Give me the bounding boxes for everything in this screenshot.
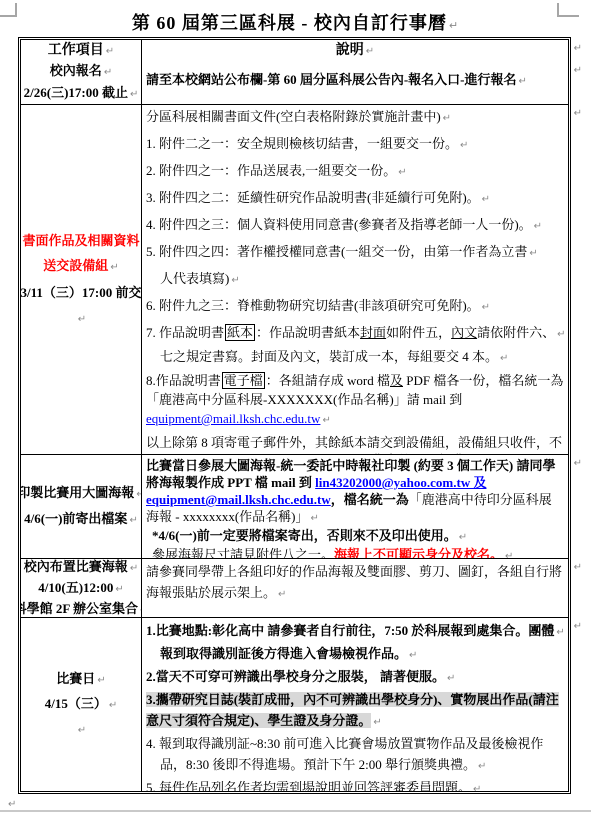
text-run: 校內布置比賽海報 — [24, 559, 128, 574]
pilcrow-mark: ↵ — [460, 140, 468, 151]
text-run: 參展海報尺寸請見附件八之一。 — [152, 547, 334, 558]
text-line: 比賽日↵ — [56, 667, 105, 692]
text-run: 2/26(三)17:00 截止 — [24, 85, 128, 100]
boxed-label: 紙本 — [225, 324, 255, 341]
pilcrow-mark: ↵ — [473, 784, 481, 791]
pilcrow-mark: ↵ — [534, 221, 542, 232]
text-run: 品，8:30 後即不得進場。預計下午 2:00 舉行頒獎典禮。 — [160, 757, 476, 772]
pilcrow-mark: ↵ — [97, 675, 105, 686]
text-line: 書面作品及相關資料 — [22, 228, 139, 253]
pilcrow-mark: ↵ — [109, 700, 117, 711]
text-line: 3. 附件四之二：延續性研究作品說明書(非延續行可免附)。↵ — [146, 188, 566, 209]
text-run: 5. 每件作品列名作者均需到場說明並回答評審委員問題。 — [146, 780, 471, 791]
schedule-table: 工作項目↵ 說明↵ ↵ 校內報名↵2/26(三)17:00 截止↵請至本校網站公… — [18, 37, 571, 794]
text-line: equipment@mail.lksh.chc.edu.tw↵ — [146, 409, 566, 430]
word-document-page: { "title": "第 60 屆第三區科展 - 校內自訂行事曆", "mar… — [0, 0, 591, 817]
text-line: 7. 作品說明書紙本：作品說明書紙本封面如附件五，內文請依附件六、↵ — [146, 323, 566, 344]
text-line: 科學館 2F 辦公室集合↵ — [21, 599, 142, 618]
pilcrow-mark: ↵ — [130, 89, 138, 100]
work-item-cell: 校內報名↵2/26(三)17:00 截止↵ — [21, 62, 142, 104]
text-run: 印製比賽用大圖海報 — [21, 485, 134, 500]
text-line: 5. 附件四之四：著作權授權同意書(一組交一份，由第一作者為立書↵ — [146, 242, 566, 263]
page-title: 第 60 屆第三區科展 - 校內自訂行事曆↵ — [0, 9, 591, 35]
text-run: 請依附件六、 — [477, 325, 555, 340]
text-run: 校內報名 — [50, 63, 102, 78]
text-line: 1.比賽地點:彰化高中 請參賽者自行前往，7:50 於科展報到處集合。團體↵ — [146, 620, 566, 643]
table-row-competition-day: 比賽日↵4/15（三）↵↵1.比賽地點:彰化高中 請參賽者自行前往，7:50 於… — [21, 617, 568, 791]
text-run: 5. 附件四之四：著作權授權同意書(一組交一份，由第一作者為立書 — [146, 244, 527, 259]
text-line: ↵ — [76, 717, 86, 742]
text-run: 書面作品及相關資料 — [22, 233, 139, 248]
text-line: 人代表填寫)↵ — [146, 269, 566, 290]
text-run: 「鹿港高中待印分區科展 — [409, 492, 552, 507]
text-run: 4. 報到取得識別証~8:30 前可進入比賽會場放置實物作品及最後檢視作 — [146, 736, 543, 751]
pilcrow-mark: ↵ — [115, 584, 123, 595]
text-line: 4. 附件四之三：個人資料使用同意書(參賽者及指導老師一人一份)。↵ — [146, 215, 566, 236]
pilcrow-mark: ↵ — [78, 725, 86, 736]
email-link[interactable]: lin43202000@yahoo.com.tw 及 — [315, 475, 486, 490]
text-run: 七之規定書寫。封面及內文，裝訂成一本，每組要交 4 本。 — [160, 349, 498, 364]
text-run: ，檔名統一為 — [331, 492, 409, 507]
pilcrow-mark: ↵ — [482, 302, 490, 313]
text-line: 請參賽同學帶上各組印好的作品海報及雙面膠、剪刀、圖釘，各組自行將 — [146, 561, 566, 582]
text-line: 1. 附件二之一：安全規則檢核切結書，一組要交一份。↵ — [146, 134, 566, 155]
text-line: 4/15（三）↵ — [45, 692, 118, 717]
pilcrow-mark: ↵ — [409, 650, 417, 661]
text-line: 分區科展相關書面文件(空白表格附錄於實施計畫中)↵ — [146, 107, 566, 128]
pilcrow-mark: ↵ — [478, 761, 486, 772]
text-line: 2. 附件四之一：作品送展表,一組要交一份。↵ — [146, 161, 566, 182]
pilcrow-mark: ↵ — [78, 314, 86, 325]
text-line: 報到取得識別証後方得進入會場檢視作品。↵ — [146, 643, 566, 666]
text-line: 校內布置比賽海報↵ — [24, 559, 138, 578]
email-link[interactable]: equipment@mail.lksh.chc.edu.tw — [146, 492, 331, 507]
pilcrow-mark: ↵ — [519, 76, 527, 87]
text-line: 校內報名↵ — [50, 62, 112, 83]
pilcrow-mark: ↵ — [311, 513, 319, 524]
work-item-cell: 比賽日↵4/15（三）↵↵ — [21, 618, 142, 791]
table-row-poster-printing: 印製比賽用大圖海報↵4/6(一)前寄出檔案↵比賽當日參展大圖海報-統一委託中時報… — [21, 454, 568, 558]
description-cell: 請參賽同學帶上各組印好的作品海報及雙面膠、剪刀、圖釘，各組自行將海報張貼於展示架… — [142, 559, 568, 617]
text-run: 報到取得識別証後方得進入會場檢視作品。 — [160, 646, 407, 661]
pilcrow-mark: ↵ — [366, 46, 374, 57]
text-line: equipment@mail.lksh.chc.edu.tw，檔名統一為「鹿港高… — [146, 491, 566, 508]
text-run: 8.作品說明書 — [146, 373, 221, 388]
text-run: 送交設備組 — [43, 258, 108, 273]
text-run: 及 — [390, 373, 403, 388]
text-run: 2. 附件四之一：作品送展表,一組要交一份。 — [146, 163, 396, 178]
text-line: 4/6(一)前寄出檔案↵ — [24, 507, 138, 533]
text-run: 請至本校網站公布欄-第 60 屆分區科展公告內-報名入口-進行報名 — [146, 72, 517, 87]
pilcrow-mark: ↵ — [322, 415, 330, 426]
description-cell: 比賽當日參展大圖海報-統一委託中時報社印製 (約要 3 個工作天) 請同學將海報… — [142, 455, 568, 558]
row-end-mark: ↵ — [574, 108, 582, 119]
text-run: 請參賽同學帶上各組印好的作品海報及雙面膠、剪刀、圖釘，各組自行將 — [146, 564, 562, 579]
description-cell: 請至本校網站公布欄-第 60 屆分區科展公告內-報名入口-進行報名↵ — [142, 62, 568, 104]
text-run: PDF 檔各一份，檔名統一為 — [403, 373, 563, 388]
text-run: 海報上不可顯示身分及校名。 — [334, 547, 503, 558]
pilcrow-mark: ↵ — [500, 353, 508, 364]
text-run: 科學館 2F 辦公室集合 — [21, 601, 138, 616]
text-line: 海報張貼於展示架上。↵ — [146, 582, 566, 605]
text-line: 「鹿港高中分區科展-XXXXXXX(作品名稱)」請 mail 到 — [146, 390, 566, 409]
pilcrow-mark: ↵ — [482, 194, 490, 205]
text-line: 將海報製作成 PPT 檔 mail 到 lin43202000@yahoo.co… — [146, 474, 566, 491]
pilcrow-mark: ↵ — [557, 329, 565, 340]
pilcrow-mark: ↵ — [529, 248, 537, 259]
text-run: 內文 — [451, 325, 477, 340]
pilcrow-mark: ↵ — [278, 589, 286, 600]
pilcrow-mark: ↵ — [449, 19, 459, 32]
text-line: 4/10(五)12:00↵ — [38, 578, 124, 599]
text-run: 以上除第 8 項寄電子郵件外，其餘紙本請交到設備組，設備組只收件，不 — [146, 435, 562, 450]
text-line: 5. 每件作品列名作者均需到場說明並回答評審委員問題。↵ — [146, 777, 566, 791]
row-end-mark: ↵ — [574, 562, 582, 573]
text-run: 7. 作品說明書 — [146, 325, 224, 340]
text-line: ↵ — [76, 305, 86, 332]
header-work-item-cell: 工作項目↵ — [21, 40, 142, 62]
text-run: 3/11（三）17:00 前交 — [21, 285, 142, 300]
text-line: 意尺寸須符合規定)、學生證及身分證。↵ — [146, 710, 566, 733]
pilcrow-mark: ↵ — [130, 563, 138, 574]
text-run: ：各組請存成 word 檔 — [266, 373, 390, 388]
header-description-cell: 說明↵ — [142, 40, 568, 62]
text-run: 將海報製作成 PPT 檔 mail 到 — [146, 475, 315, 490]
row-end-mark: ↵ — [574, 621, 582, 632]
email-link[interactable]: equipment@mail.lksh.chc.edu.tw — [146, 411, 320, 426]
pilcrow-mark: ↵ — [110, 262, 118, 273]
header-description-label: 說明 — [336, 43, 364, 58]
pilcrow-mark: ↵ — [104, 67, 112, 78]
text-line: 3.攜帶研究日誌(裝訂成冊，內不可辨識出學校身分)、實物展出作品(請注 — [146, 689, 566, 710]
boxed-label: 電子檔 — [222, 372, 265, 389]
table-header-row: 工作項目↵ 說明↵ ↵ — [21, 40, 568, 62]
table-row-documents-submission: 書面作品及相關資料送交設備組↵3/11（三）17:00 前交↵分區科展相關書面文… — [21, 104, 568, 454]
text-run: 比賽日 — [56, 671, 95, 686]
header-work-item-label: 工作項目 — [48, 43, 104, 58]
table-body: 校內報名↵2/26(三)17:00 截止↵請至本校網站公布欄-第 60 屆分區科… — [21, 62, 568, 791]
document-end-mark: ↵ — [8, 799, 16, 810]
text-run: 海報張貼於展示架上。 — [146, 585, 276, 600]
text-line: *4/6(一)前一定要將檔案寄出，否則來不及印出使用。↵ — [146, 527, 566, 546]
text-run: 意尺寸須符合規定)、學生證及身分證。 — [146, 713, 371, 728]
text-line: 送交設備組↵ — [43, 253, 118, 280]
text-run: 4/10(五)12:00 — [38, 580, 113, 595]
text-line: 2/26(三)17:00 截止↵ — [24, 83, 139, 104]
pilcrow-mark: ↵ — [443, 113, 451, 124]
title-text: 第 60 屆第三區科展 - 校內自訂行事曆 — [132, 13, 447, 33]
text-line: 比賽當日參展大圖海報-統一委託中時報社印製 (約要 3 個工作天) 請同學 — [146, 457, 566, 474]
text-line: 海報 - xxxxxxxx(作品名稱)」↵ — [146, 508, 566, 527]
pilcrow-mark: ↵ — [231, 275, 239, 286]
text-run: 1. 附件二之一：安全規則檢核切結書，一組要交一份。 — [146, 136, 458, 151]
text-run: 「鹿港高中分區科展-XXXXXXX(作品名稱)」請 mail 到 — [146, 392, 462, 407]
text-run: ：作品說明書紙本 — [256, 325, 360, 340]
pilcrow-mark: ↵ — [106, 46, 114, 57]
pilcrow-mark: ↵ — [556, 627, 564, 638]
text-line: 參展海報尺寸請見附件八之一。海報上不可顯示身分及校名。↵ — [146, 546, 566, 558]
text-run: 如附件五， — [386, 325, 451, 340]
text-run: 比賽當日參展大圖海報-統一委託中時報社印製 (約要 3 個工作天) 請同學 — [146, 458, 556, 473]
text-line: 七之規定書寫。封面及內文，裝訂成一本，每組要交 4 本。↵ — [146, 347, 566, 368]
row-end-mark: ↵ — [574, 65, 582, 76]
work-item-cell: 印製比賽用大圖海報↵4/6(一)前寄出檔案↵ — [21, 455, 142, 558]
text-line: 3/11（三）17:00 前交 — [21, 280, 142, 305]
text-line: 2.當天不可穿可辨識出學校身分之服裝， 請著便服。↵ — [146, 666, 566, 689]
table-row-registration: 校內報名↵2/26(三)17:00 截止↵請至本校網站公布欄-第 60 屆分區科… — [21, 62, 568, 104]
description-cell: 1.比賽地點:彰化高中 請參賽者自行前往，7:50 於科展報到處集合。團體↵報到… — [142, 618, 568, 791]
text-line: 6. 附件九之三：脊椎動物研究切結書(非該項研究可免附)。↵ — [146, 296, 566, 317]
text-line: 8.作品說明書電子檔：各組請存成 word 檔及 PDF 檔各一份，檔名統一為 — [146, 371, 566, 390]
text-line: 以上除第 8 項寄電子郵件外，其餘紙本請交到設備組，設備組只收件，不 — [146, 433, 566, 452]
text-run: 6. 附件九之三：脊椎動物研究切結書(非該項研究可免附)。 — [146, 298, 480, 313]
pilcrow-mark: ↵ — [447, 673, 455, 684]
text-run: 3.攜帶研究日誌(裝訂成冊，內不可辨識出學校身分)、實物展出作品(請注 — [146, 692, 559, 707]
work-item-cell: 書面作品及相關資料送交設備組↵3/11（三）17:00 前交↵ — [21, 105, 142, 454]
text-run: 分區科展相關書面文件(空白表格附錄於實施計畫中) — [146, 109, 441, 124]
table-row-poster-setup: 校內布置比賽海報↵4/10(五)12:00↵科學館 2F 辦公室集合↵請參賽同學… — [21, 558, 568, 617]
text-line: 品，8:30 後即不得進場。預計下午 2:00 舉行頒獎典禮。↵ — [146, 754, 566, 777]
text-run: 4/15（三） — [45, 696, 107, 711]
text-run: 海報 - xxxxxxxx(作品名稱)」 — [146, 509, 309, 524]
text-run: 封面 — [360, 325, 386, 340]
text-run: 1.比賽地點:彰化高中 請參賽者自行前往，7:50 於科展報到處集合。團體 — [146, 623, 554, 638]
text-run: 4/6(一)前寄出檔案 — [24, 511, 127, 526]
pilcrow-mark: ↵ — [459, 532, 467, 543]
description-cell: 分區科展相關書面文件(空白表格附錄於實施計畫中)↵1. 附件二之一：安全規則檢核… — [142, 105, 568, 454]
page-boundary-line — [0, 810, 591, 812]
work-item-cell: 校內布置比賽海報↵4/10(五)12:00↵科學館 2F 辦公室集合↵ — [21, 559, 142, 617]
text-run: 3. 附件四之二：延續性研究作品說明書(非延續行可免附)。 — [146, 190, 480, 205]
pilcrow-mark: ↵ — [398, 167, 406, 178]
text-run: *4/6(一)前一定要將檔案寄出，否則來不及印出使用。 — [152, 528, 457, 543]
row-end-mark: ↵ — [574, 43, 582, 54]
text-line: 印製比賽用大圖海報↵ — [21, 481, 142, 507]
row-end-mark: ↵ — [574, 458, 582, 469]
text-run: 2.當天不可穿可辨識出學校身分之服裝， 請著便服。 — [146, 669, 445, 684]
text-line: 4. 報到取得識別証~8:30 前可進入比賽會場放置實物作品及最後檢視作 — [146, 733, 566, 754]
pilcrow-mark: ↵ — [505, 551, 513, 558]
text-run: 人代表填寫) — [160, 271, 229, 286]
pilcrow-mark: ↵ — [129, 515, 137, 526]
pilcrow-mark: ↵ — [373, 717, 381, 728]
text-run: 4. 附件四之三：個人資料使用同意書(參賽者及指導老師一人一份)。 — [146, 217, 532, 232]
text-line: 請至本校網站公布欄-第 60 屆分區科展公告內-報名入口-進行報名↵ — [146, 70, 566, 92]
